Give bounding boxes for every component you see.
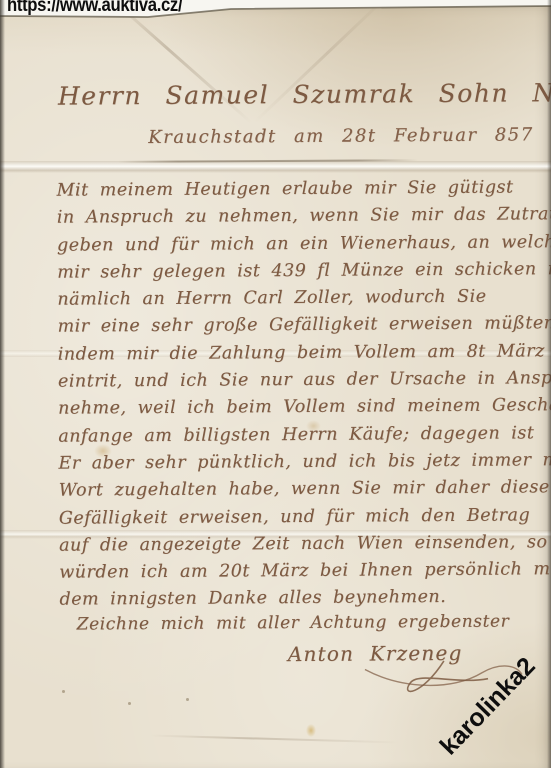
letter-line: in Anspruch zu nehmen, wenn Sie mir das … bbox=[57, 201, 551, 232]
watermark-url-text: https://www.auktiva.cz/ bbox=[7, 0, 182, 17]
letter-line: auf die angezeigte Zeit nach Wien einsen… bbox=[59, 529, 551, 560]
letter-line: eintrit, und ich Sie nur aus der Ursache… bbox=[58, 365, 551, 396]
letter-line: würden ich am 20t März bei Ihnen persönl… bbox=[59, 556, 551, 587]
closing-line: Zeichne mich mit aller Achtung ergebenst… bbox=[77, 612, 510, 635]
letter-line: nehme, weil ich beim Vollem sind meinem … bbox=[58, 392, 551, 423]
letter-line: anfange am billigsten Herrn Käufe; dageg… bbox=[58, 419, 551, 450]
letter-body: Mit meinem Heutigen erlaube mir Sie güti… bbox=[57, 174, 551, 615]
letter-line: Gefälligkeit erweisen, und für mich den … bbox=[59, 501, 551, 532]
letter-line: mir eine sehr große Gefälligkeit erweise… bbox=[57, 310, 551, 341]
letter-paper: Herrn Samuel Szumrak Sohn Neusohl Krauch… bbox=[0, 0, 551, 768]
letter-line: mir sehr gelegen ist 439 fl Münze ein sc… bbox=[57, 256, 551, 287]
letter-line: dem innigsten Danke alles beynehmen. bbox=[59, 583, 551, 614]
letter-line: Mit meinem Heutigen erlaube mir Sie güti… bbox=[57, 174, 551, 205]
recipient-line: Herrn Samuel Szumrak Sohn Neusohl bbox=[58, 78, 551, 111]
letter-line: Wort zugehalten habe, wenn Sie mir daher… bbox=[59, 474, 551, 505]
scan-edge-left bbox=[0, 0, 5, 768]
letter-line: nämlich an Herrn Carl Zoller, wodurch Si… bbox=[57, 283, 551, 314]
handwritten-letter: Herrn Samuel Szumrak Sohn Neusohl Krauch… bbox=[55, 10, 538, 768]
scanned-letter-photo: Herrn Samuel Szumrak Sohn Neusohl Krauch… bbox=[0, 0, 551, 768]
dateline: Krauchstadt am 28t Februar 857 bbox=[148, 124, 534, 148]
letter-line: Er aber sehr pünktlich, und ich bis jetz… bbox=[58, 447, 551, 478]
letter-line: geben und für mich an ein Wienerhaus, an… bbox=[57, 228, 551, 259]
letter-line: indem mir die Zahlung beim Vollem am 8t … bbox=[58, 338, 551, 369]
